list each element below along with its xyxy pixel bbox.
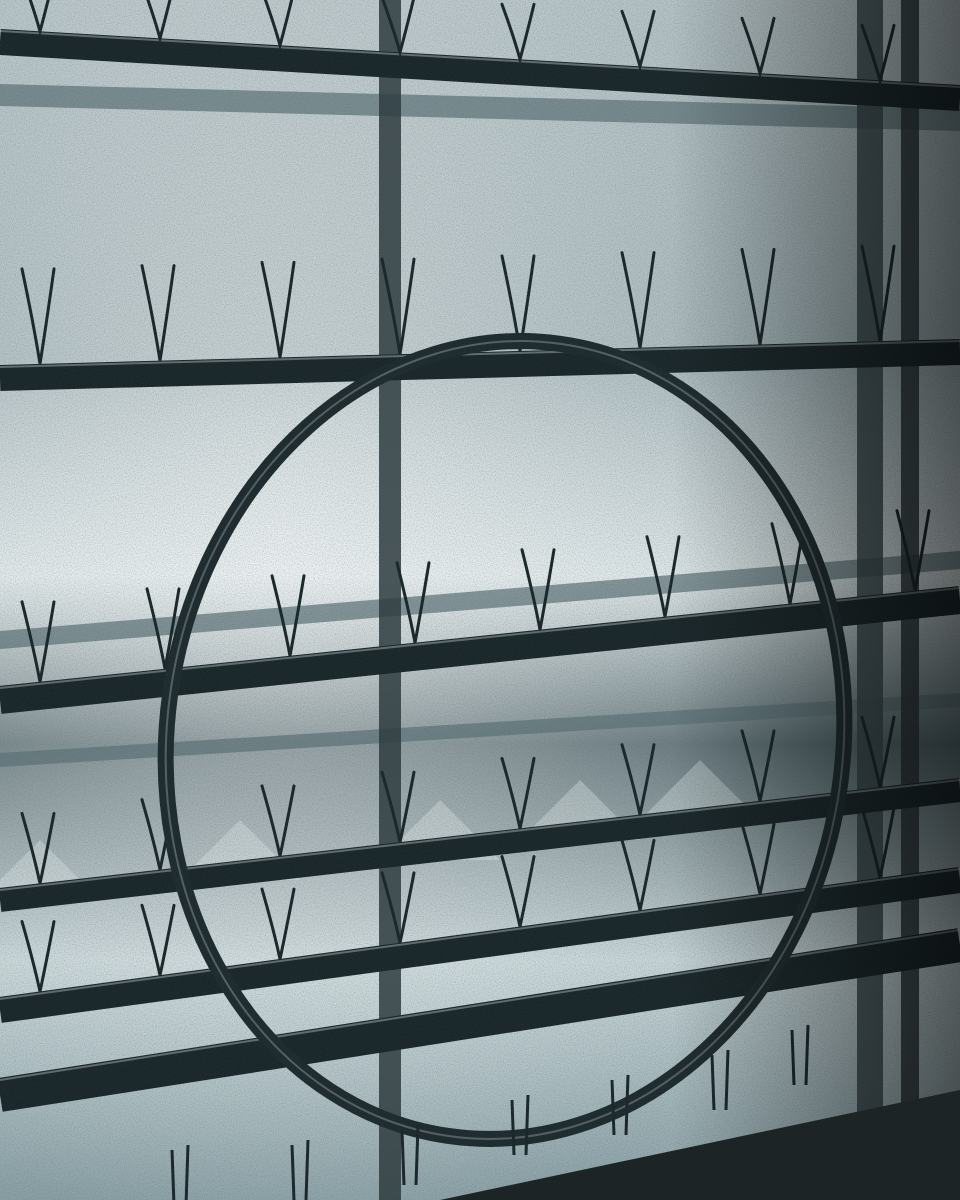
photograph: Monochrome blue-tinted photograph of an … [0,0,960,1200]
scene-canvas [0,0,960,1200]
